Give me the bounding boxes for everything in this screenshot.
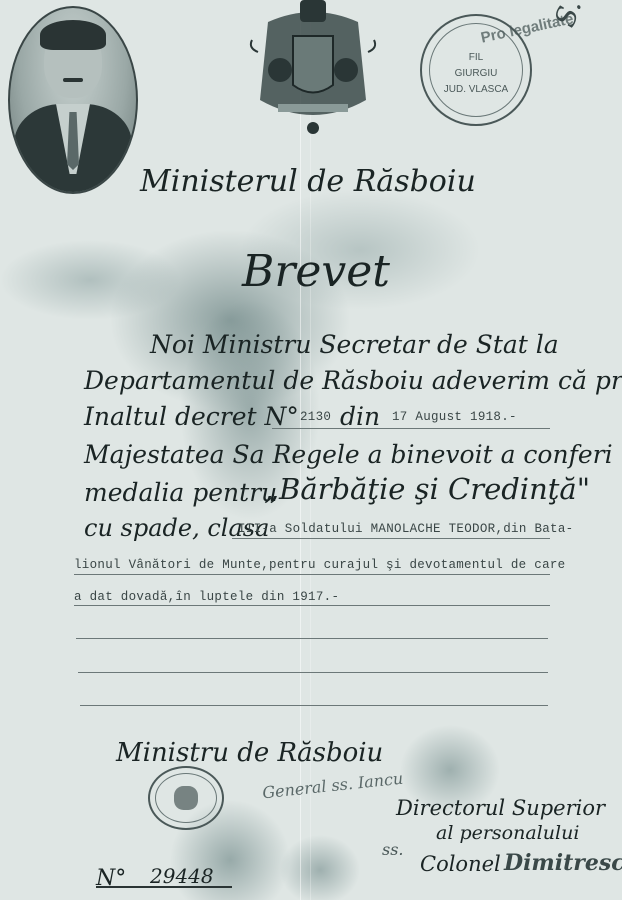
colonel-rank: Colonel (420, 852, 501, 876)
medal-name: „Bărbăţie şi Credinţă" (264, 472, 590, 506)
portrait-photo (8, 6, 138, 194)
royal-crest-icon (248, 0, 378, 140)
director-title: Directorul Superior (396, 796, 605, 820)
ministry-seal (148, 766, 224, 830)
ministry-heading: Ministerul de Răsboiu (140, 164, 476, 199)
decree-number: 2130 (300, 410, 331, 424)
form-rule (74, 605, 550, 606)
typed-line-3: a dat dovadă,în luptele din 1917.- (74, 590, 339, 604)
minister-signature: General ss. Iancu (261, 769, 404, 803)
decree-date: 17 August 1918.- (392, 410, 517, 424)
minister-title: Ministru de Răsboiu (116, 738, 383, 768)
medal-label: medalia pentru (84, 478, 277, 507)
director-initials: ss. (382, 840, 404, 859)
typed-line-1: III-a Soldatului MANOLACHE TEODOR,din Ba… (238, 522, 573, 536)
stamp-text: JUD. VLASCA (422, 84, 530, 95)
certificate-page: FIL GIURGIU JUD. VLASCA Pro legalitate S… (0, 0, 622, 900)
form-rule (76, 638, 548, 639)
body-line-2: Departamentul de Răsboiu adeverim că pri… (84, 366, 622, 395)
serial-number: 29448 (150, 864, 214, 888)
director-subtitle: al personalului (436, 822, 579, 844)
stamp-text: FIL (422, 52, 530, 63)
form-rule (80, 705, 548, 706)
form-rule (232, 538, 550, 539)
decree-din: din (340, 402, 380, 431)
colonel-signature: Dimitrescu (504, 850, 622, 876)
stamp-text: GIURGIU (422, 68, 530, 79)
form-rule (74, 574, 550, 575)
body-line-4: Majestatea Sa Regele a binevoit a confer… (84, 440, 613, 469)
form-rule (78, 672, 548, 673)
document-title: Brevet (242, 246, 390, 297)
body-line-1: Noi Ministru Secretar de Stat la (150, 330, 559, 359)
serial-underline (96, 886, 232, 888)
typed-line-2: lionul Vânători de Munte,pentru curajul … (74, 558, 565, 572)
decree-label: Inaltul decret N° (84, 402, 299, 431)
form-rule (272, 428, 550, 429)
